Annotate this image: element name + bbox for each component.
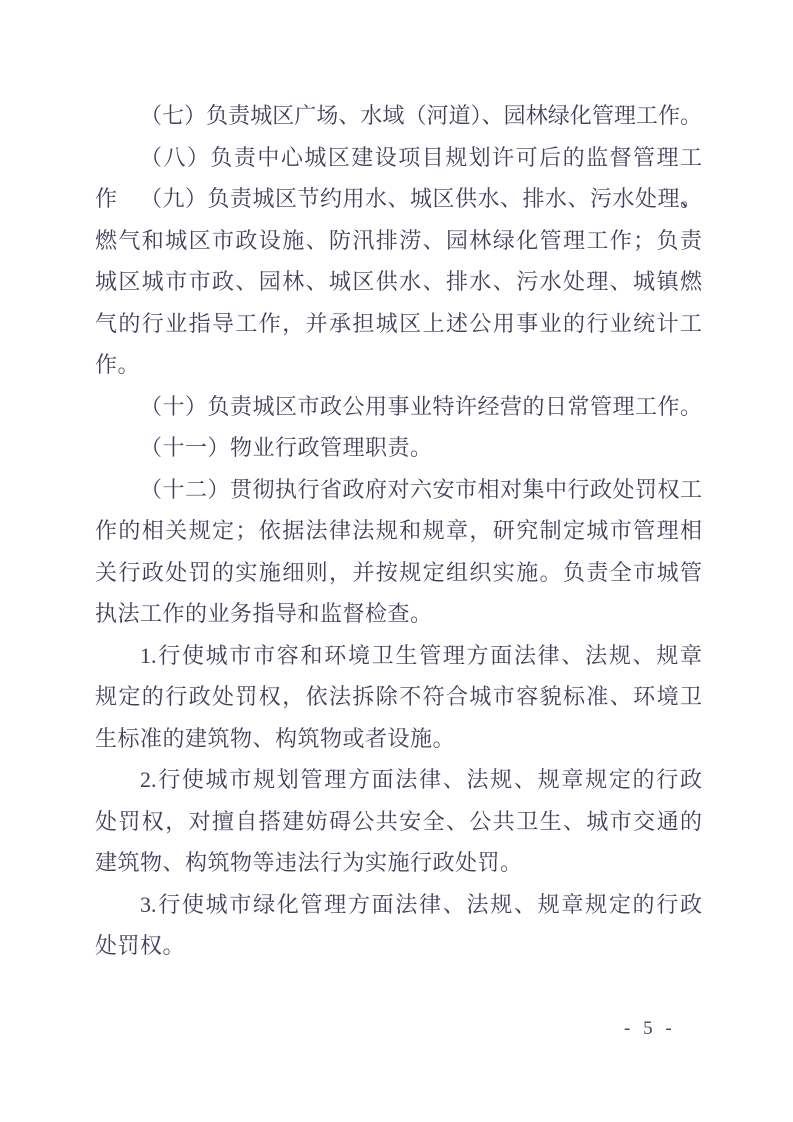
text-line: 关行政处罚的实施细则，并按规定组织实施。负责全市城管 <box>95 552 702 594</box>
text-line: 规定的行政处罚权，依法拆除不符合城市容貌标准、环境卫 <box>95 676 702 718</box>
text-line: 2.行使城市规划管理方面法律、法规、规章规定的行政 <box>95 759 702 801</box>
text-line: 燃气和城区市政设施、防汛排涝、园林绿化管理工作；负责 <box>95 220 702 262</box>
text-line: 1.行使城市市容和环境卫生管理方面法律、法规、规章 <box>95 635 702 677</box>
text-line: （七）负责城区广场、水域（河道）、园林绿化管理工作。 <box>95 95 702 137</box>
text-line: （十二）贯彻执行省政府对六安市相对集中行政处罚权工 <box>95 469 702 511</box>
text-line: 气的行业指导工作，并承担城区上述公用事业的行业统计工 <box>95 303 702 345</box>
text-line: 建筑物、构筑物等违法行为实施行政处罚。 <box>95 842 702 884</box>
text-line: 处罚权。 <box>95 925 702 967</box>
text-line: 作的相关规定；依据法律法规和规章，研究制定城市管理相 <box>95 510 702 552</box>
text-line: 生标准的建筑物、构筑物或者设施。 <box>95 718 702 760</box>
text-line: 城区城市市政、园林、城区供水、排水、污水处理、城镇燃 <box>95 261 702 303</box>
text-line: （十一）物业行政管理职责。 <box>95 427 702 469</box>
text-line: 执法工作的业务指导和监督检查。 <box>95 593 702 635</box>
text-line: 作。 <box>95 344 702 386</box>
text-line: 3.行使城市绿化管理方面法律、法规、规章规定的行政 <box>95 884 702 926</box>
text-line: （九）负责城区节约用水、城区供水、排水、污水处理、 <box>95 178 702 220</box>
text-line: （十）负责城区市政公用事业特许经营的日常管理工作。 <box>95 386 702 428</box>
text-line: 处罚权，对擅自搭建妨碍公共安全、公共卫生、城市交通的 <box>95 801 702 843</box>
document-page: （七）负责城区广场、水域（河道）、园林绿化管理工作。（八）负责中心城区建设项目规… <box>0 0 793 1122</box>
document-body: （七）负责城区广场、水域（河道）、园林绿化管理工作。（八）负责中心城区建设项目规… <box>95 95 702 967</box>
page-number: - 5 - <box>624 1018 676 1040</box>
text-line: （八）负责中心城区建设项目规划许可后的监督管理工作。 <box>95 137 702 179</box>
